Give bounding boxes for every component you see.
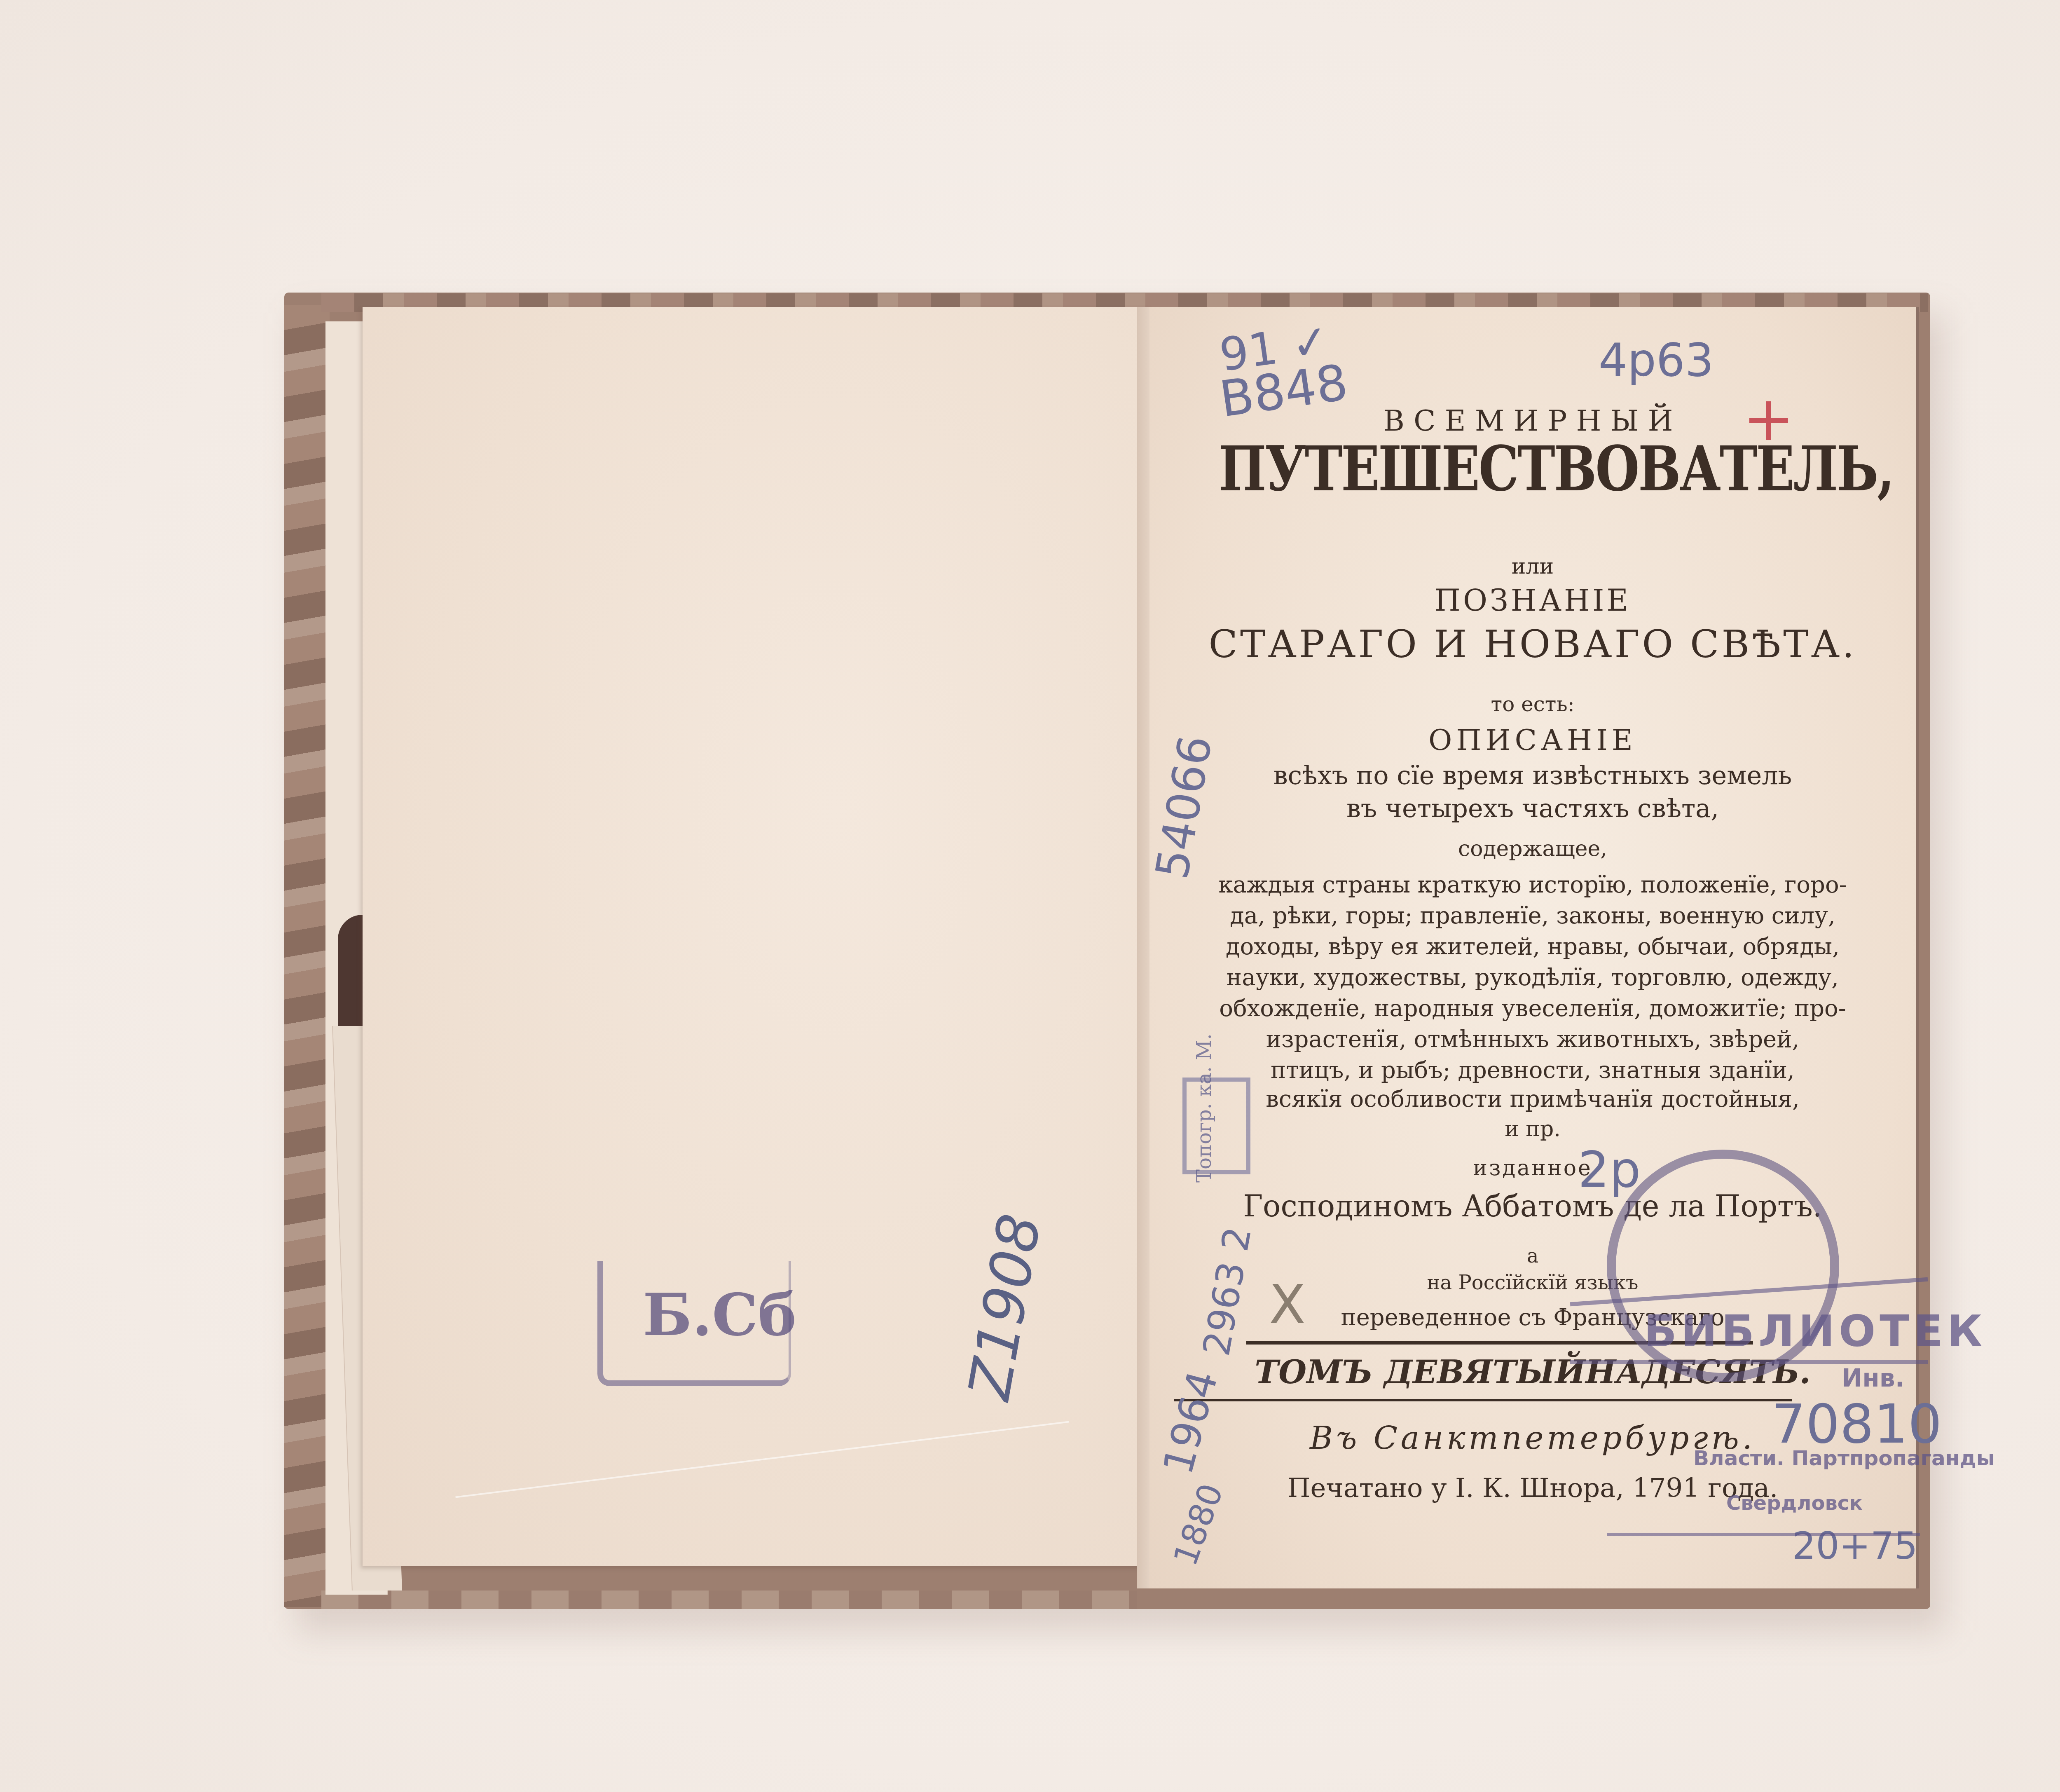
library-stamp-word: БИБЛИОТЕК: [1644, 1306, 1986, 1356]
body-line-1: каждыя страны краткую исторїю, положенїе…: [1149, 871, 1916, 898]
body-line-9: и пр.: [1149, 1117, 1916, 1141]
marbled-cover-edge-bottom: [321, 1591, 1137, 1609]
title-line-9: въ четырехъ частяхъ свѣта,: [1149, 793, 1916, 823]
x-mark: X: [1269, 1273, 1306, 1336]
body-line-4: науки, художествы, рукодѣлїя, торговлю, …: [1149, 964, 1916, 991]
title-line-8: всѣхъ по сїе время извѣстныхъ земель: [1149, 760, 1916, 790]
library-stamp-line-bottom: [1607, 1533, 1920, 1536]
library-stamp-line-mid: [1570, 1360, 1928, 1364]
title-line-7: ОПИСАНІЕ: [1149, 723, 1916, 757]
pencil-top-right: 4p63: [1599, 334, 1714, 387]
published-label: изданное: [1149, 1156, 1916, 1181]
handwritten-price: 2р: [1578, 1141, 1641, 1199]
body-line-8: всякїя особливости примѣчанїя достойныя,: [1149, 1086, 1916, 1113]
volume-line: ТОМЪ ДЕВЯТЫЙНАДЕСЯТЬ.: [1149, 1354, 1916, 1391]
subtitle: СТАРАГО И НОВАГО СВѢТА.: [1149, 622, 1916, 666]
handwritten-bottom-right: 20+75: [1792, 1525, 1917, 1568]
body-line-5: обхожденїе, народныя увеселенїя, доможит…: [1149, 995, 1916, 1022]
rectangular-stamp-text: Топогр. ка. М.: [1193, 1033, 1216, 1183]
library-stamp-partial-line: Власти. Партпропаганды: [1693, 1446, 1995, 1470]
body-line-7: птицъ, и рыбъ; древности, знатныя зданїи…: [1149, 1057, 1916, 1084]
bottom-rule: [1174, 1399, 1792, 1401]
body-line-6: израстенїя, отмѣнныхъ животныхъ, звѣрей,: [1149, 1026, 1916, 1053]
inventory-label: Инв.: [1842, 1364, 1904, 1393]
title-line-3: или: [1149, 554, 1916, 579]
title-line-10: содержащее,: [1149, 836, 1916, 861]
library-stamp-city: Свердловск: [1726, 1492, 1863, 1515]
body-line-2: да, рѣки, горы; правленїе, законы, военн…: [1149, 902, 1916, 929]
title-line-6: то есть:: [1149, 692, 1916, 716]
marbled-cover-edge-left: [284, 305, 330, 1607]
red-cross-mark: +: [1743, 383, 1795, 455]
body-line-3: доходы, вѣру ея жителей, нравы, обычаи, …: [1149, 933, 1916, 960]
title-line-4: ПОЗНАНІЕ: [1149, 583, 1916, 618]
flyleaf-stamp-text: Б.Сб: [643, 1281, 796, 1349]
